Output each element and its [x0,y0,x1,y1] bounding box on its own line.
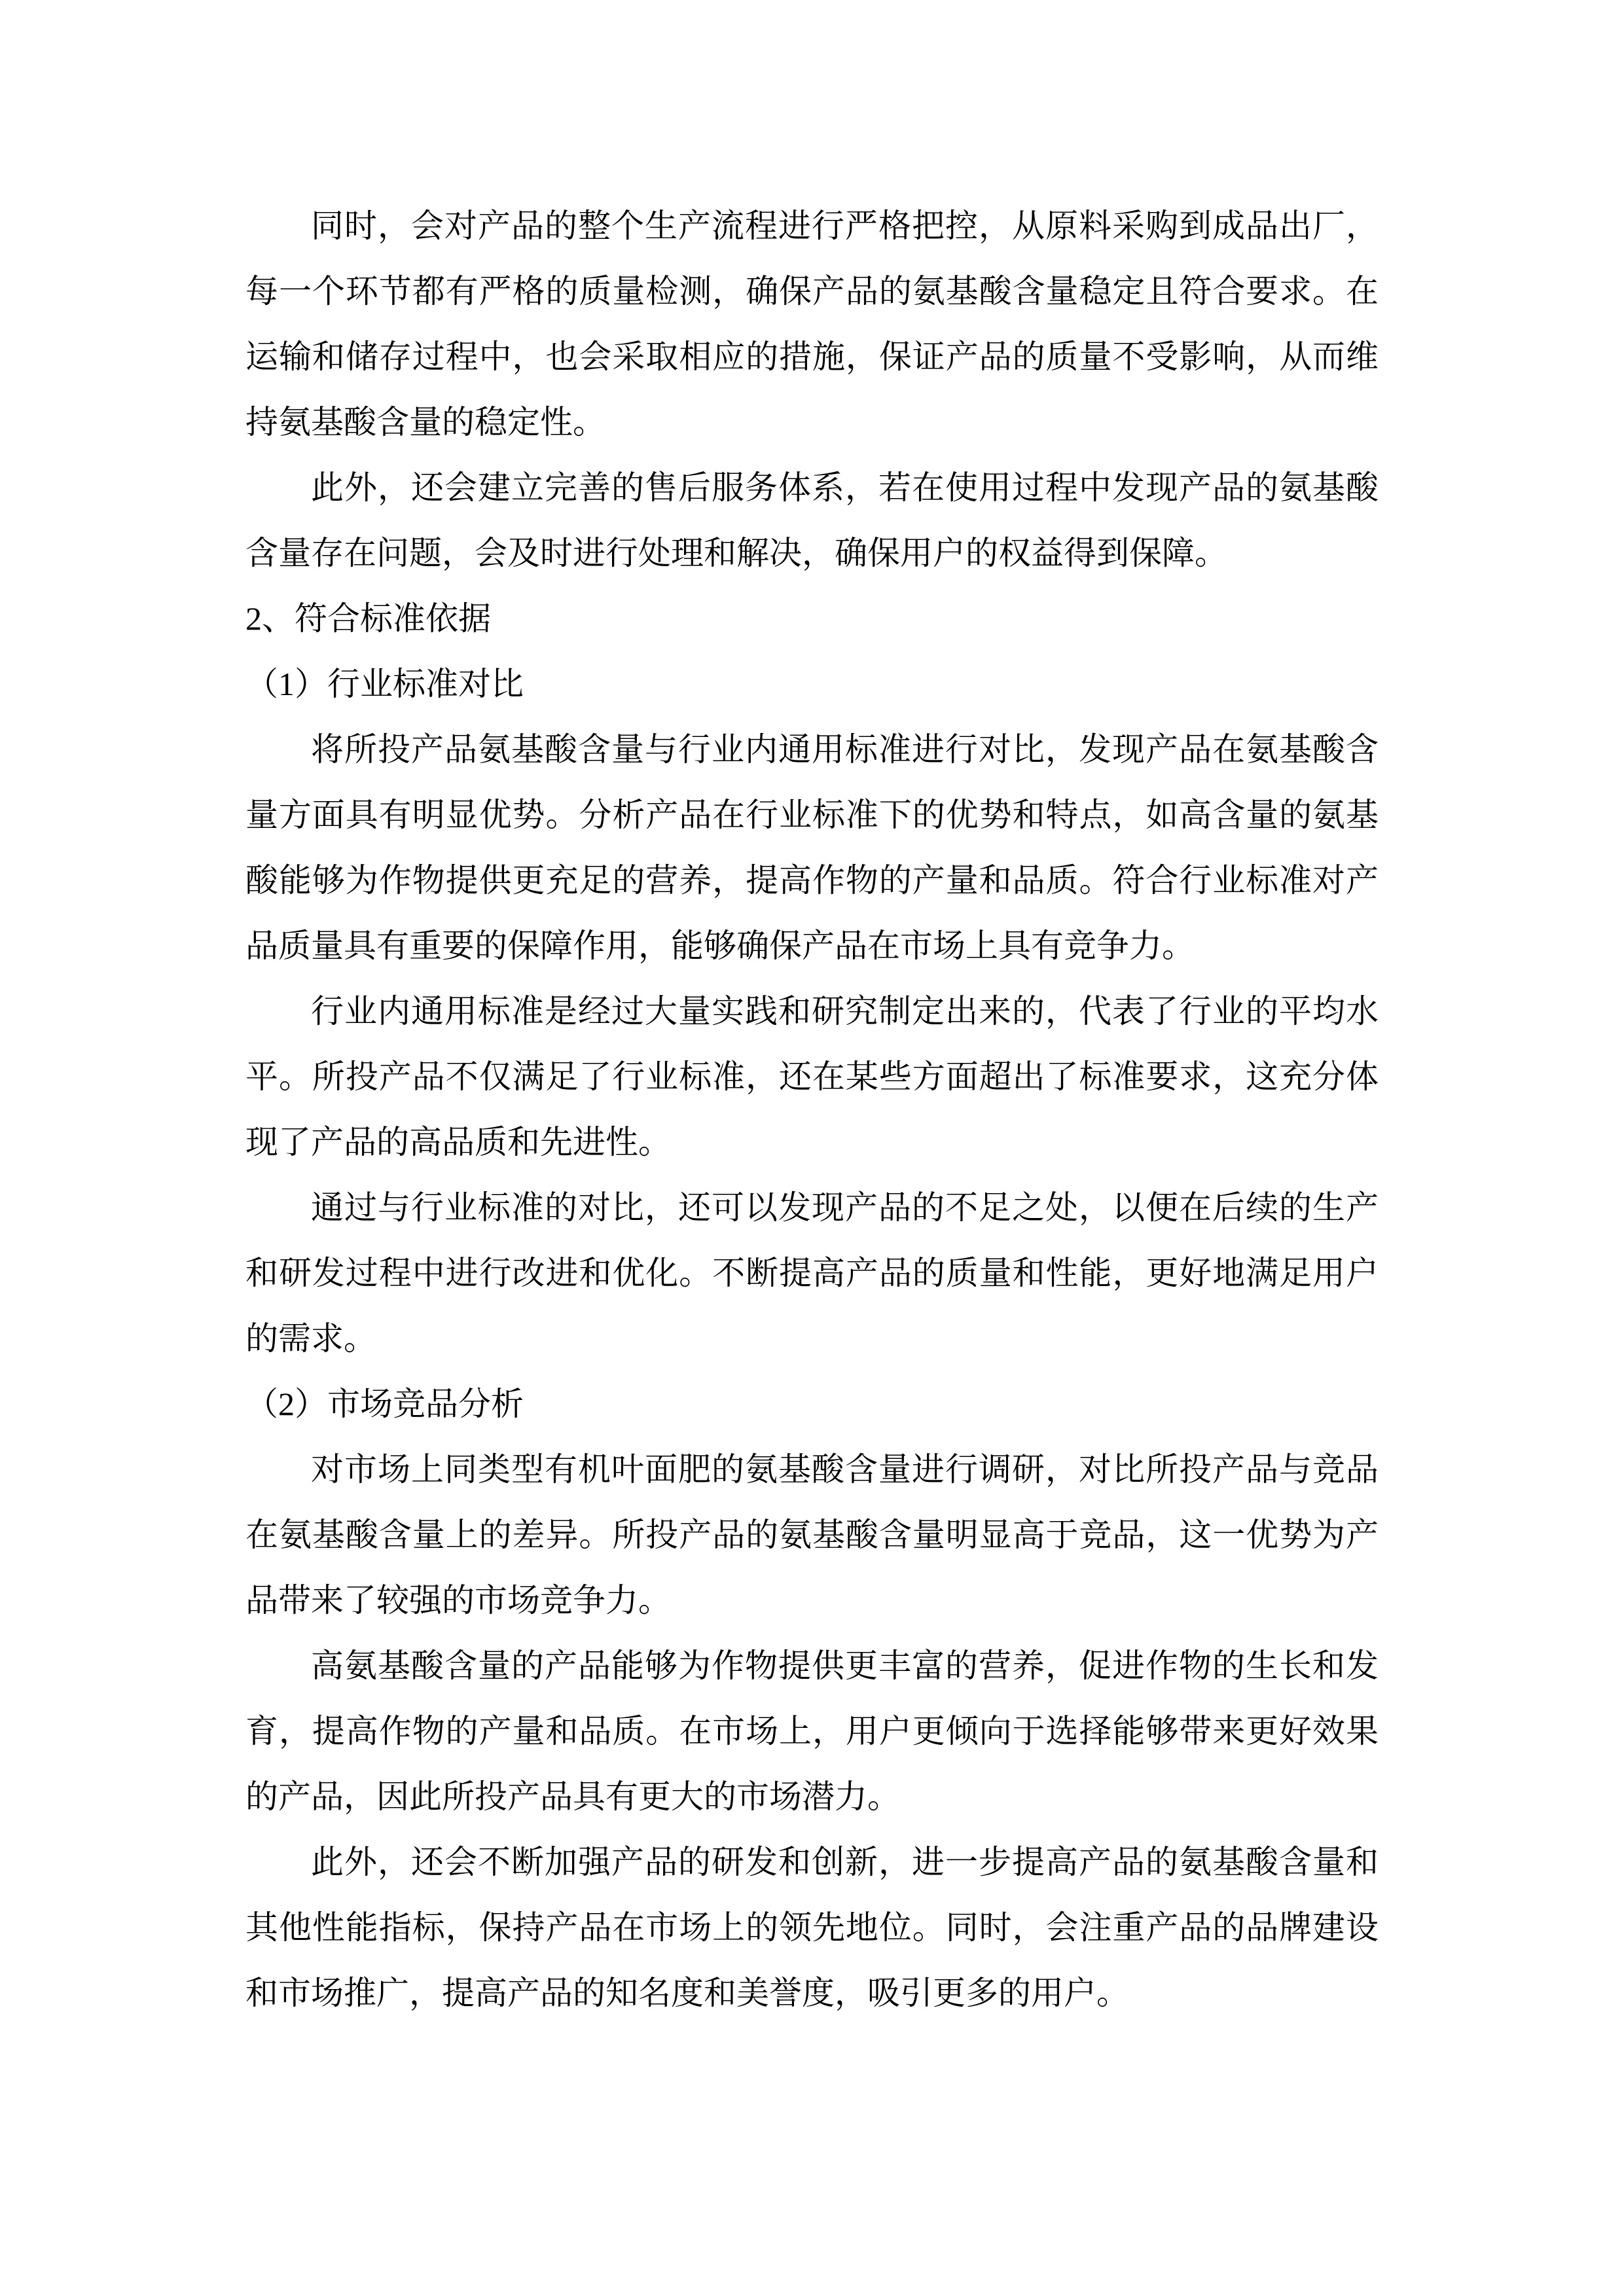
body-text-line: 对市场上同类型有机叶面肥的氨基酸含量进行调研，对比所投产品与竞品 [245,1437,1379,1502]
body-text-line: 此外，还会建立完善的售后服务体系，若在使用过程中发现产品的氨基酸 [245,455,1379,520]
body-text-line: 平。所投产品不仅满足了行业标准，还在某些方面超出了标准要求，这充分体 [245,1044,1379,1109]
body-text-line: 此外，还会不断加强产品的研发和创新，进一步提高产品的氨基酸含量和 [245,1829,1379,1895]
body-text-line: 的需求。 [245,1306,1379,1371]
body-text-line: 通过与行业标准的对比，还可以发现产品的不足之处，以便在后续的生产 [245,1175,1379,1240]
body-text-line: 高氨基酸含量的产品能够为作物提供更丰富的营养，促进作物的生长和发 [245,1633,1379,1698]
body-text-line: 含量存在问题，会及时进行处理和解决，确保用户的权益得到保障。 [245,520,1379,586]
body-text-line: 同时，会对产品的整个生产流程进行严格把控，从原料采购到成品出厂， [245,193,1379,259]
body-text-line: 行业内通用标准是经过大量实践和研究制定出来的，代表了行业的平均水 [245,978,1379,1044]
body-text-line: 品质量具有重要的保障作用，能够确保产品在市场上具有竞争力。 [245,913,1379,978]
document-page: 同时，会对产品的整个生产流程进行严格把控，从原料采购到成品出厂， 每一个环节都有… [0,0,1624,2296]
section-heading-2: 2、符合标准依据 [245,586,1379,651]
subsection-heading-2: （2）市场竞品分析 [245,1371,1379,1437]
body-text-line: 酸能够为作物提供更充足的营养，提高作物的产量和品质。符合行业标准对产 [245,848,1379,913]
body-text-line: 现了产品的高品质和先进性。 [245,1109,1379,1175]
body-text-line: 量方面具有明显优势。分析产品在行业标准下的优势和特点，如高含量的氨基 [245,782,1379,848]
body-text-line: 在氨基酸含量上的差异。所投产品的氨基酸含量明显高于竞品，这一优势为产 [245,1502,1379,1568]
body-text-line: 运输和储存过程中，也会采取相应的措施，保证产品的质量不受影响，从而维 [245,324,1379,389]
body-text-line: 的产品，因此所投产品具有更大的市场潜力。 [245,1764,1379,1829]
body-text-line: 品带来了较强的市场竞争力。 [245,1568,1379,1633]
body-text-line: 将所投产品氨基酸含量与行业内通用标准进行对比，发现产品在氨基酸含 [245,717,1379,782]
body-text-line: 育，提高作物的产量和品质。在市场上，用户更倾向于选择能够带来更好效果 [245,1698,1379,1764]
body-text-line: 其他性能指标，保持产品在市场上的领先地位。同时，会注重产品的品牌建设 [245,1895,1379,1960]
document-body: 同时，会对产品的整个生产流程进行严格把控，从原料采购到成品出厂， 每一个环节都有… [245,193,1379,2026]
body-text-line: 每一个环节都有严格的质量检测，确保产品的氨基酸含量稳定且符合要求。在 [245,259,1379,324]
body-text-line: 和研发过程中进行改进和优化。不断提高产品的质量和性能，更好地满足用户 [245,1240,1379,1306]
subsection-heading-1: （1）行业标准对比 [245,651,1379,717]
body-text-line: 和市场推广，提高产品的知名度和美誉度，吸引更多的用户。 [245,1960,1379,2026]
body-text-line: 持氨基酸含量的稳定性。 [245,389,1379,455]
